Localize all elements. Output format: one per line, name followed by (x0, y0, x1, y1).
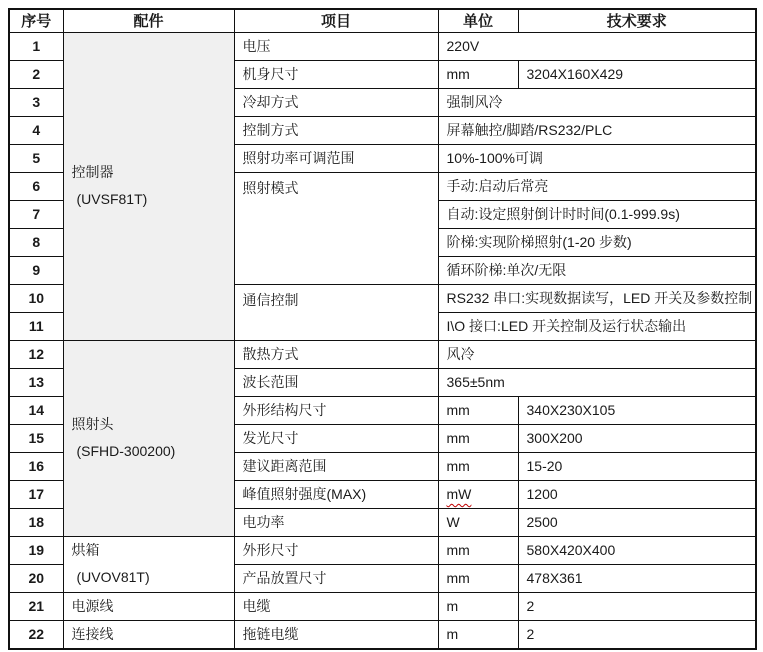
serial-cell: 21 (9, 592, 63, 620)
item-cell: 拖链电缆 (234, 620, 438, 649)
serial-cell: 11 (9, 312, 63, 340)
item-cell: 散热方式 (234, 340, 438, 368)
value-cell: 手动:启动后常亮 (438, 172, 756, 200)
table-row: 19 烘箱 (UVOV81T) 外形尺寸 mm 580X420X400 (9, 536, 756, 564)
unit-cell: mm (438, 396, 518, 424)
part-model: (UVOV81T) (72, 564, 234, 591)
item-cell: 产品放置尺寸 (234, 564, 438, 592)
value-cell: I\O 接口:LED 开关控制及运行状态输出 (438, 312, 756, 340)
item-cell: 建议距离范围 (234, 452, 438, 480)
table-row: 12 照射头 (SFHD-300200) 散热方式 风冷 (9, 340, 756, 368)
serial-cell: 20 (9, 564, 63, 592)
value-cell: 3204X160X429 (518, 60, 756, 88)
header-item: 项目 (234, 9, 438, 32)
unit-cell: mm (438, 60, 518, 88)
value-cell: 阶梯:实现阶梯照射(1-20 步数) (438, 228, 756, 256)
item-cell-comm-control: 通信控制 (234, 284, 438, 340)
item-cell: 外形尺寸 (234, 536, 438, 564)
header-row: 序号 配件 项目 单位 技术要求 (9, 9, 756, 32)
value-cell: 2500 (518, 508, 756, 536)
serial-cell: 7 (9, 200, 63, 228)
unit-cell: mm (438, 424, 518, 452)
serial-cell: 8 (9, 228, 63, 256)
part-name: 连接线 (72, 621, 234, 648)
item-cell: 电缆 (234, 592, 438, 620)
value-cell: 365±5nm (438, 368, 756, 396)
header-serial: 序号 (9, 9, 63, 32)
value-cell: 风冷 (438, 340, 756, 368)
unit-cell: mm (438, 452, 518, 480)
item-cell: 控制方式 (234, 116, 438, 144)
item-cell: 峰值照射强度(MAX) (234, 480, 438, 508)
item-cell: 波长范围 (234, 368, 438, 396)
serial-cell: 16 (9, 452, 63, 480)
part-cell-controller: 控制器 (UVSF81T) (63, 32, 234, 340)
unit-cell-misspelled: mW (438, 480, 518, 508)
value-cell: 屏幕触控/脚踏/RS232/PLC (438, 116, 756, 144)
value-cell: 2 (518, 592, 756, 620)
unit-cell: W (438, 508, 518, 536)
part-name: 控制器 (72, 159, 234, 186)
serial-cell: 4 (9, 116, 63, 144)
item-cell: 照射功率可调范围 (234, 144, 438, 172)
part-model: (UVSF81T) (72, 186, 234, 213)
value-cell: 15-20 (518, 452, 756, 480)
serial-cell: 18 (9, 508, 63, 536)
item-cell: 外形结构尺寸 (234, 396, 438, 424)
item-cell: 电功率 (234, 508, 438, 536)
value-cell: 循环阶梯:单次/无限 (438, 256, 756, 284)
part-name: 烘箱 (72, 537, 234, 564)
serial-cell: 10 (9, 284, 63, 312)
part-cell-irradiation-head: 照射头 (SFHD-300200) (63, 340, 234, 536)
table-row: 22 连接线 拖链电缆 m 2 (9, 620, 756, 649)
part-name: 照射头 (72, 411, 234, 438)
value-cell: 220V (438, 32, 756, 60)
item-cell: 冷却方式 (234, 88, 438, 116)
serial-cell: 12 (9, 340, 63, 368)
value-cell: 强制风冷 (438, 88, 756, 116)
part-name: 电源线 (72, 593, 234, 620)
serial-cell: 9 (9, 256, 63, 284)
document-page: 序号 配件 项目 单位 技术要求 1 控制器 (UVSF81T) 电压 220V… (0, 0, 763, 652)
unit-text: mW (447, 486, 472, 502)
serial-cell: 19 (9, 536, 63, 564)
item-cell: 机身尺寸 (234, 60, 438, 88)
value-cell: RS232 串口:实现数据读写，LED 开关及参数控制 (438, 284, 756, 312)
value-cell: 300X200 (518, 424, 756, 452)
serial-cell: 14 (9, 396, 63, 424)
value-cell: 2 (518, 620, 756, 649)
value-cell: 1200 (518, 480, 756, 508)
header-unit: 单位 (438, 9, 518, 32)
serial-cell: 3 (9, 88, 63, 116)
value-cell: 自动:设定照射倒计时时间(0.1-999.9s) (438, 200, 756, 228)
serial-cell: 1 (9, 32, 63, 60)
spec-table: 序号 配件 项目 单位 技术要求 1 控制器 (UVSF81T) 电压 220V… (8, 8, 757, 650)
serial-cell: 17 (9, 480, 63, 508)
part-cell-oven: 烘箱 (UVOV81T) (63, 536, 234, 592)
serial-cell: 5 (9, 144, 63, 172)
part-cell-power-cord: 电源线 (63, 592, 234, 620)
value-cell: 580X420X400 (518, 536, 756, 564)
item-cell: 发光尺寸 (234, 424, 438, 452)
table-row: 21 电源线 电缆 m 2 (9, 592, 756, 620)
serial-cell: 2 (9, 60, 63, 88)
serial-cell: 6 (9, 172, 63, 200)
unit-cell: mm (438, 536, 518, 564)
unit-cell: m (438, 592, 518, 620)
part-cell-connection-cable: 连接线 (63, 620, 234, 649)
header-requirement: 技术要求 (518, 9, 756, 32)
value-cell: 10%-100%可调 (438, 144, 756, 172)
serial-cell: 15 (9, 424, 63, 452)
unit-cell: m (438, 620, 518, 649)
header-part: 配件 (63, 9, 234, 32)
table-row: 1 控制器 (UVSF81T) 电压 220V (9, 32, 756, 60)
value-cell: 340X230X105 (518, 396, 756, 424)
serial-cell: 22 (9, 620, 63, 649)
value-cell: 478X361 (518, 564, 756, 592)
part-model: (SFHD-300200) (72, 438, 234, 465)
item-cell: 电压 (234, 32, 438, 60)
item-cell-irradiation-mode: 照射模式 (234, 172, 438, 284)
serial-cell: 13 (9, 368, 63, 396)
unit-cell: mm (438, 564, 518, 592)
